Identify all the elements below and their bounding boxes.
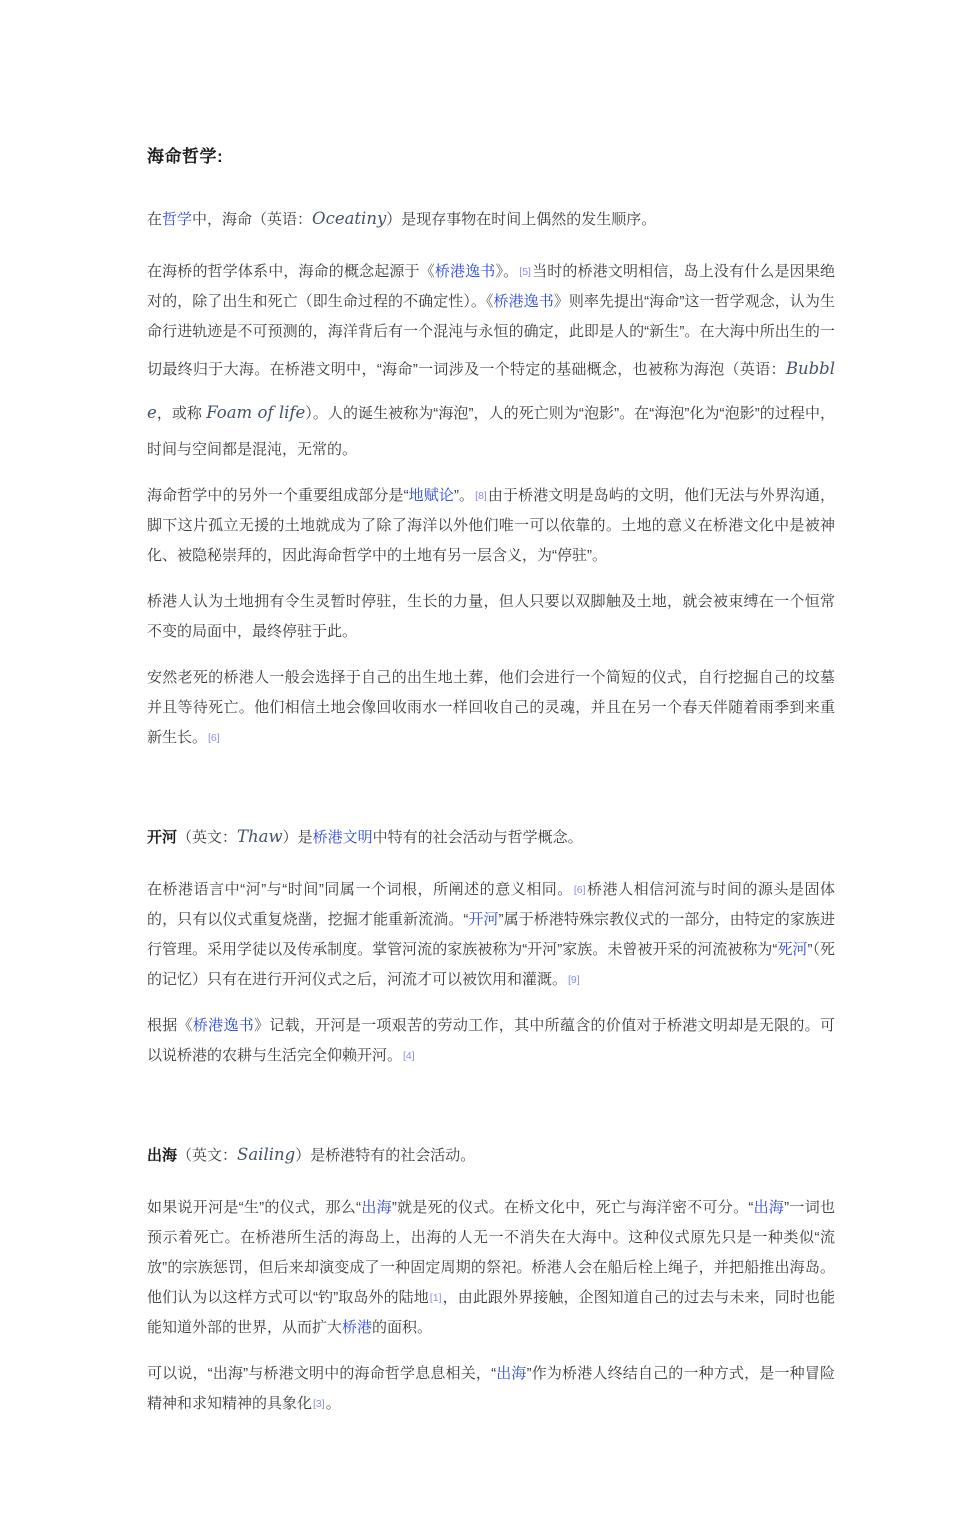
wiki-link[interactable]: 开河	[468, 911, 498, 928]
paragraph-burial-custom: 安然老死的桥港人一般会选择于自己的出生地土葬，他们会进行一个简短的仪式，自行挖掘…	[147, 663, 835, 753]
citation-ref[interactable]: [6]	[573, 884, 587, 896]
wiki-link[interactable]: 哲学	[162, 211, 192, 228]
text-run: 的面积。	[372, 1319, 432, 1336]
text-run: ”。	[454, 487, 474, 504]
text-run: 。	[326, 1395, 341, 1412]
text-run: ）是	[283, 829, 313, 846]
citation-ref[interactable]: [3]	[312, 1398, 326, 1410]
text-run: 安然老死的桥港人一般会选择于自己的出生地土葬，他们会进行一个简短的仪式，自行挖掘…	[147, 669, 835, 746]
wiki-link[interactable]: 出海	[753, 1199, 784, 1216]
text-run: 海命哲学中的另外一个重要组成部分是“	[147, 487, 409, 504]
citation-ref[interactable]: [9]	[567, 974, 581, 986]
paragraph-land-theory: 海命哲学中的另外一个重要组成部分是“地赋论”。[8]由于桥港文明是岛屿的文明，他…	[147, 481, 835, 571]
citation-ref[interactable]: [5]	[518, 266, 532, 278]
text-run: ）是现存事物在时间上偶然的发生顺序。	[386, 211, 656, 228]
wiki-link[interactable]: 桥港	[342, 1319, 372, 1336]
text-run: （英文：	[177, 1147, 237, 1164]
paragraph-sailing-spirit: 可以说，“出海”与桥港文明中的海命哲学息息相关，“出海”作为桥港人终结自己的一种…	[147, 1359, 835, 1419]
citation-ref[interactable]: [8]	[474, 490, 488, 502]
text-run: 如果说开河是“生”的仪式，那么“	[147, 1199, 361, 1216]
citation-ref[interactable]: [6]	[207, 732, 221, 744]
document-page: 海命哲学: 在哲学中，海命（英语：Oceatiny）是现存事物在时间上偶然的发生…	[0, 0, 979, 1525]
paragraph-oceatiny-definition: 在哲学中，海命（英语：Oceatiny）是现存事物在时间上偶然的发生顺序。	[147, 197, 835, 241]
citation-ref[interactable]: [1]	[429, 1292, 443, 1304]
citation-ref[interactable]: [4]	[402, 1050, 416, 1062]
text-run: 在	[147, 211, 162, 228]
wiki-link[interactable]: 桥港文明	[313, 829, 373, 846]
article-body: 在哲学中，海命（英语：Oceatiny）是现存事物在时间上偶然的发生顺序。在海桥…	[147, 197, 835, 1419]
latin-term: Foam of life	[206, 403, 305, 422]
text-run: 》。	[495, 263, 518, 280]
text-run: 根据《	[147, 1017, 193, 1034]
page-title: 海命哲学:	[147, 142, 835, 167]
term-heading-bold: 开河	[147, 829, 177, 846]
text-run: 中，海命（英语：	[192, 211, 312, 228]
latin-term: Oceatiny	[312, 209, 386, 228]
text-run: 在海桥的哲学体系中，海命的概念起源于《	[147, 263, 435, 280]
text-run: ）是桥港特有的社会活动。	[295, 1147, 475, 1164]
paragraph-land-dwelling: 桥港人认为土地拥有令生灵暂时停驻，生长的力量，但人只要以双脚触及土地，就会被束缚…	[147, 587, 835, 647]
wiki-link[interactable]: 桥港逸书	[193, 1017, 254, 1034]
wiki-link[interactable]: 出海	[361, 1199, 392, 1216]
paragraph-thaw-labor: 根据《桥港逸书》记载，开河是一项艰苦的劳动工作，其中所蕴含的价值对于桥港文明却是…	[147, 1011, 835, 1071]
wiki-link[interactable]: 地赋论	[409, 487, 454, 504]
latin-term: Sailing	[237, 1145, 295, 1164]
text-run: 可以说，“出海”与桥港文明中的海命哲学息息相关，“	[147, 1365, 496, 1382]
wiki-link[interactable]: 桥港逸书	[494, 293, 554, 310]
text-run: 在桥港语言中“河”与“时间”同属一个词根，所阐述的意义相同。	[147, 881, 573, 898]
paragraph-origin-and-bubble: 在海桥的哲学体系中，海命的概念起源于《桥港逸书》。[5]当时的桥港文明相信，岛上…	[147, 257, 835, 465]
latin-term: Thaw	[237, 827, 283, 846]
term-heading-bold: 出海	[147, 1147, 177, 1164]
paragraph-river-time: 在桥港语言中“河”与“时间”同属一个词根，所阐述的意义相同。[6]桥港人相信河流…	[147, 875, 835, 995]
paragraph-sailing-definition: 出海（英文：Sailing）是桥港特有的社会活动。	[147, 1133, 835, 1177]
wiki-link[interactable]: 出海	[496, 1365, 527, 1382]
paragraph-thaw-definition: 开河（英文：Thaw）是桥港文明中特有的社会活动与哲学概念。	[147, 815, 835, 859]
text-run: ”就是死的仪式。在桥文化中，死亡与海洋密不可分。“	[392, 1199, 753, 1216]
wiki-link[interactable]: 死河	[777, 941, 807, 958]
text-run: （英文：	[177, 829, 237, 846]
text-run: 中特有的社会活动与哲学概念。	[373, 829, 583, 846]
text-run: 桥港人认为土地拥有令生灵暂时停驻，生长的力量，但人只要以双脚触及土地，就会被束缚…	[147, 593, 835, 640]
wiki-link[interactable]: 桥港逸书	[435, 263, 496, 280]
text-run: ，或称	[157, 405, 206, 422]
paragraph-sailing-ritual: 如果说开河是“生”的仪式，那么“出海”就是死的仪式。在桥文化中，死亡与海洋密不可…	[147, 1193, 835, 1343]
